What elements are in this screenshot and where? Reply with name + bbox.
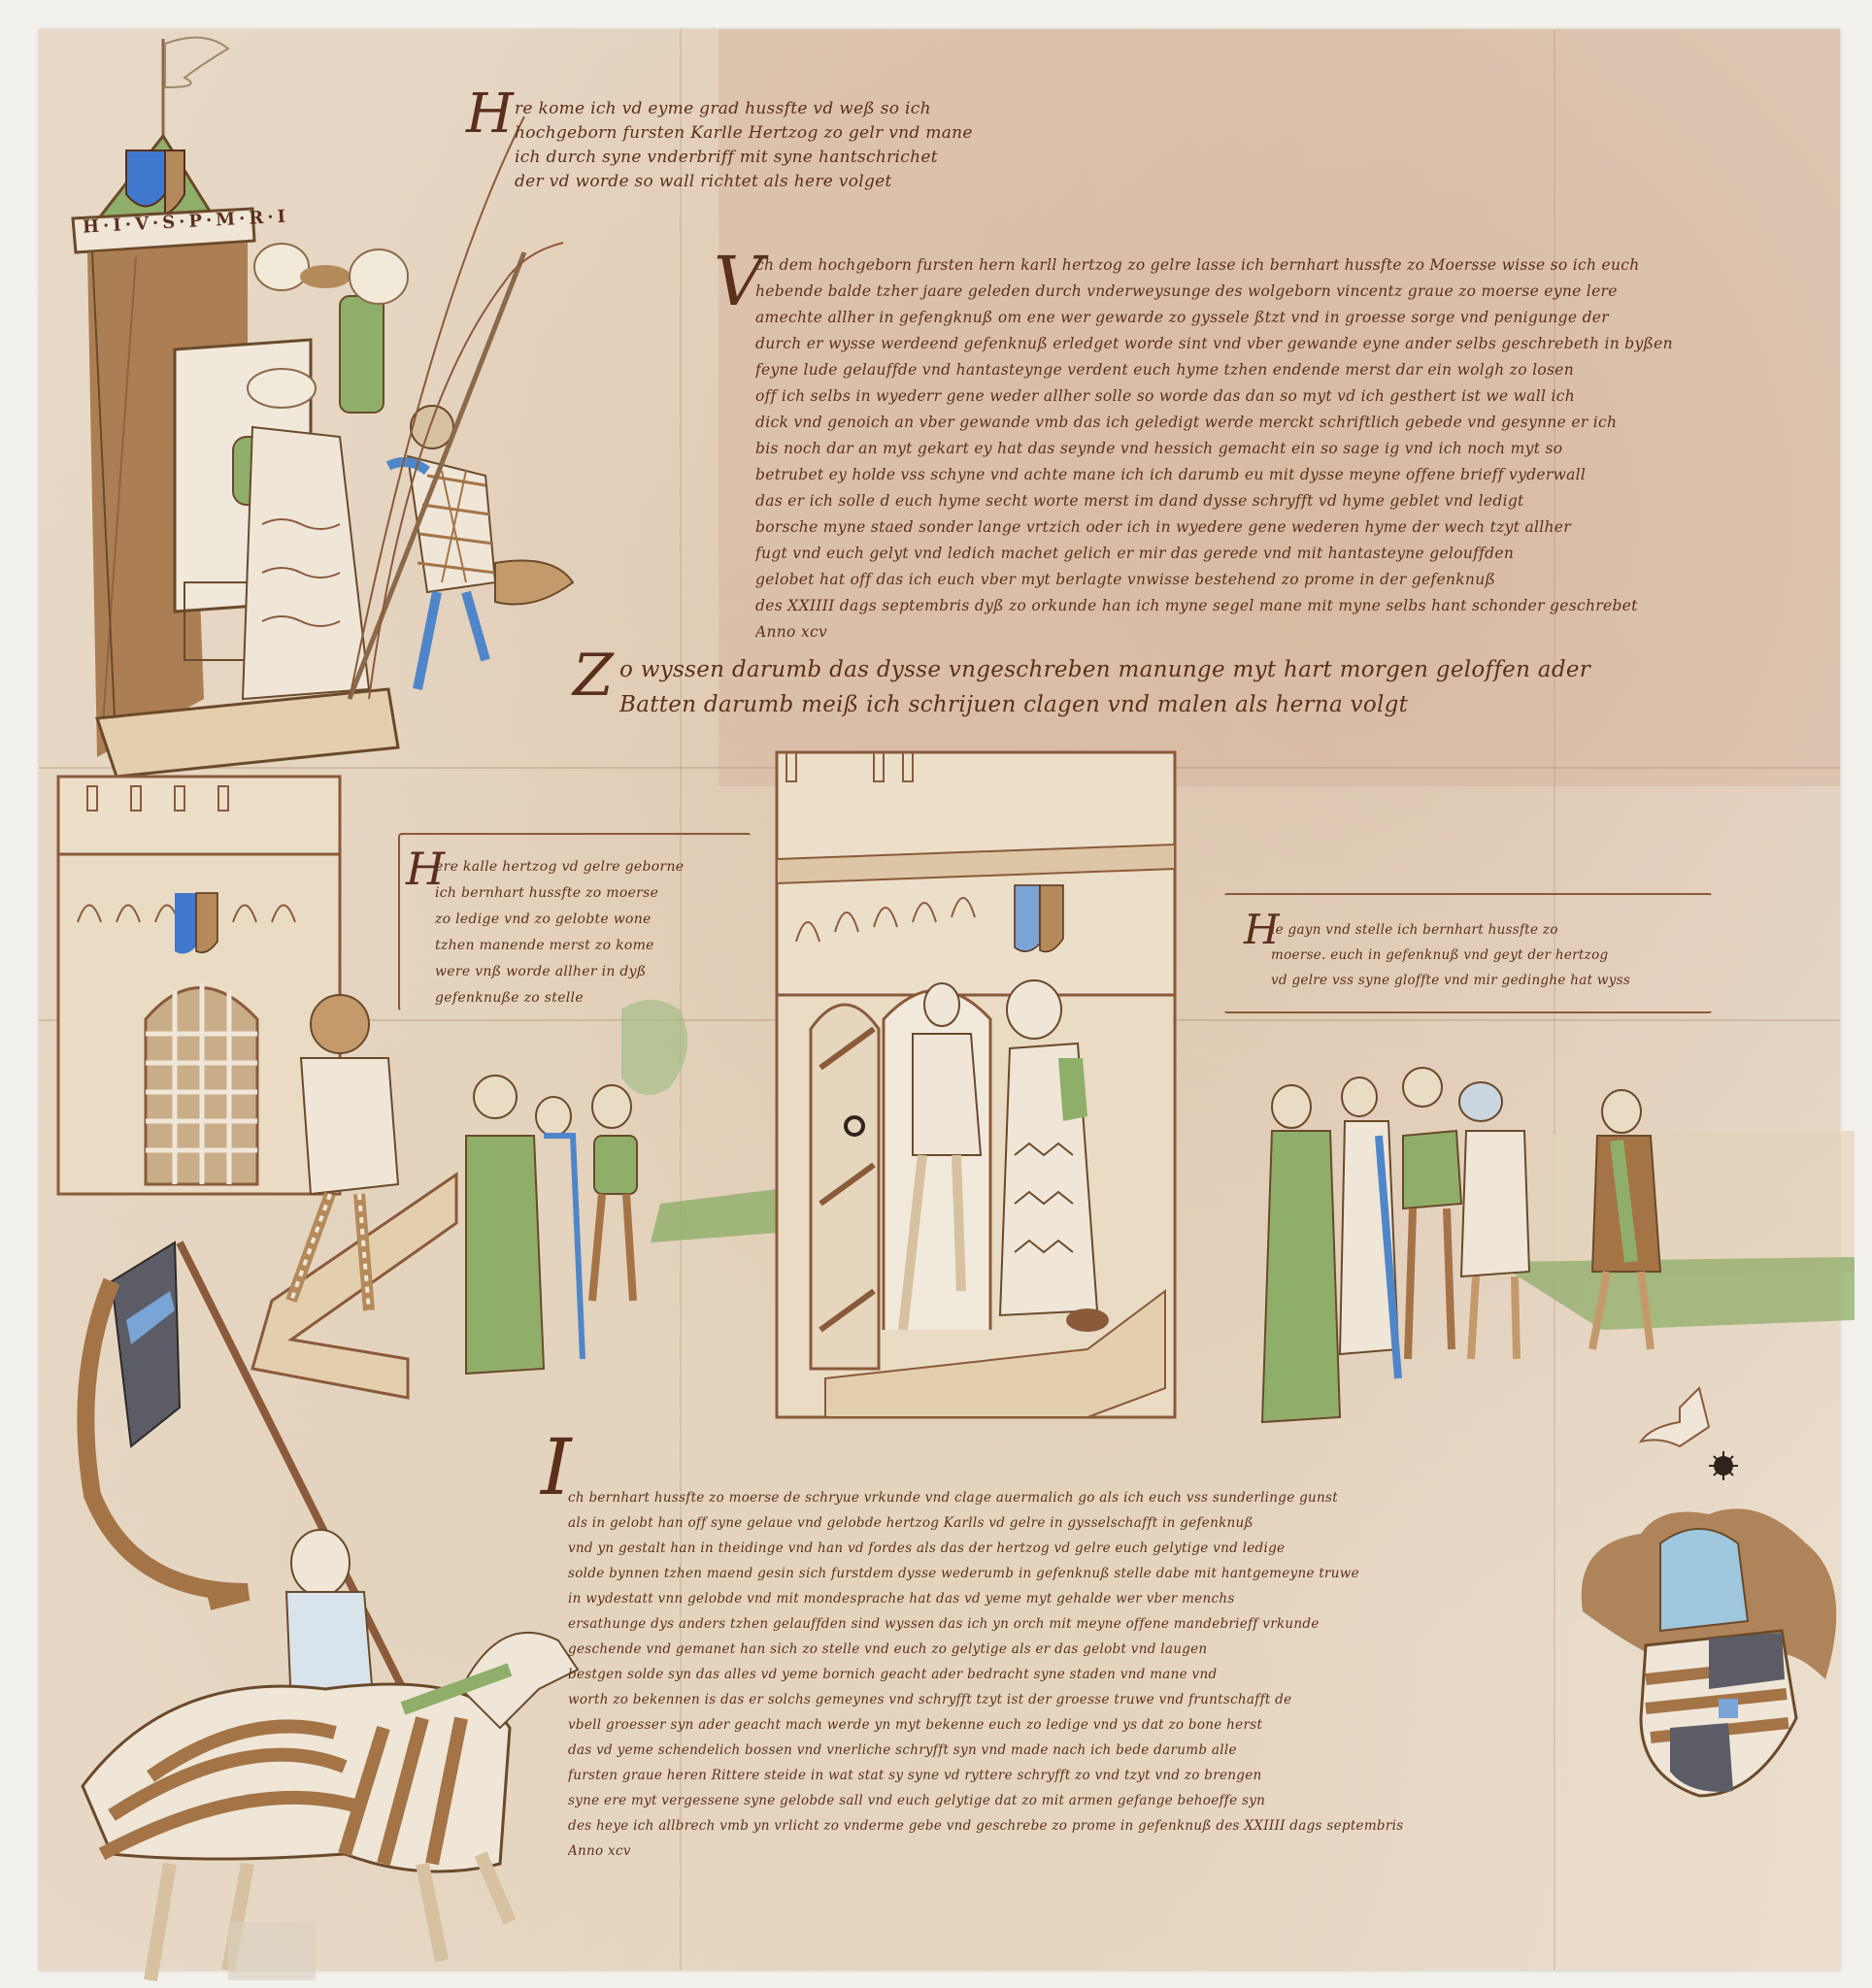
text-line: tzhen manende merst zo kome	[435, 933, 777, 959]
text-line: betrubet ey holde vss schyne vnd achte m…	[755, 462, 1855, 488]
text-line: Anno xcv	[755, 619, 1855, 646]
main-letter-text: V ch dem hochgeborn fursten hern karll h…	[719, 252, 1855, 646]
text-line: were vnß worde allher in dyß	[435, 959, 777, 985]
text-line: ie gayn vnd stelle ich bernhart hussfte …	[1271, 917, 1733, 943]
knight-illustration	[53, 1184, 578, 1988]
text-line: o wyssen darumb das dysse vngeschreben m…	[619, 652, 1641, 687]
text-line: off ich selbs in wyederr gene weder allh…	[755, 383, 1855, 410]
text-line: solde bynnen tzhen maend gesin sich furs…	[568, 1561, 1558, 1586]
text-line: der vd worde so wall richtet als here vo…	[515, 170, 1146, 194]
text-line: re kome ich vd eyme grad hussfte vd weß …	[515, 97, 1146, 121]
initial-letter: H	[406, 846, 445, 891]
text-line: ch bernhart hussfte zo moerse de schryue…	[568, 1485, 1558, 1510]
text-line: hochgeborn fursten Karlle Hertzog zo gel…	[515, 121, 1146, 146]
text-line: gelobet hat off das ich euch vber myt be…	[755, 567, 1855, 593]
right-courtiers-illustration	[1233, 1029, 1872, 1437]
text-line: durch er wysse werdeend gefenknuß erledg…	[755, 331, 1855, 357]
center-tower-illustration	[767, 747, 1175, 1417]
text-line: fursten graue heren Rittere steide in wa…	[568, 1763, 1558, 1788]
text-line: zo ledige vnd zo gelobte wone	[435, 907, 777, 933]
text-line: Anno xcv	[568, 1839, 1558, 1864]
text-line: des XXIIII dags septembris dyß zo orkund…	[755, 593, 1855, 619]
text-line: ch dem hochgeborn fursten hern karll her…	[755, 252, 1855, 279]
text-line: vbell groesser syn ader geacht mach werd…	[568, 1712, 1558, 1738]
text-line: Batten darumb meiß ich schrijuen clagen …	[619, 687, 1641, 722]
text-line: als in gelobt han off syne gelaue vnd ge…	[568, 1510, 1558, 1536]
initial-letter: V	[714, 248, 763, 315]
text-line: worth zo bekennen is das er solchs gemey…	[568, 1687, 1558, 1712]
text-line: des heye ich allbrech vmb yn vrlicht zo …	[568, 1813, 1558, 1839]
middle-text: Z o wyssen darumb das dysse vngeschreben…	[573, 652, 1641, 722]
text-line: hebende balde tzher jaare geleden durch …	[755, 279, 1855, 305]
text-line: borsche myne staed sonder lange vrtzich …	[755, 514, 1855, 541]
text-line: moerse. euch in gefenknuß vnd geyt der h…	[1271, 943, 1733, 968]
text-line: das vd yeme schendelich bossen vnd vnerl…	[568, 1738, 1558, 1763]
text-line: ich bernhart hussfte zo moerse	[435, 880, 777, 907]
text-line: das er ich solle d euch hyme secht worte…	[755, 488, 1855, 514]
text-line: syne ere myt vergessene syne gelobde sal…	[568, 1788, 1558, 1813]
text-line: ere kalle hertzog vd gelre geborne	[435, 854, 777, 880]
text-line: amechte allher in gefengknuß om ene wer …	[755, 305, 1855, 331]
text-line: in wydestatt vnn gelobde vnd mit mondesp…	[568, 1586, 1558, 1611]
speech-text-top: H re kome ich vd eyme grad hussfte vd we…	[476, 97, 1146, 194]
initial-letter: Z	[573, 646, 614, 705]
text-line: bestgen solde syn das alles vd yeme born…	[568, 1662, 1558, 1687]
text-line: geschende vnd gemanet han sich zo stelle…	[568, 1637, 1558, 1662]
text-line: ersathunge dys anders tzhen gelauffden s…	[568, 1611, 1558, 1637]
initial-letter: H	[466, 87, 514, 142]
right-tower-speech: H ie gayn vnd stelle ich bernhart hussft…	[1248, 917, 1733, 993]
text-line: feyne lude gelauffde vnd hantasteynge ve…	[755, 357, 1855, 383]
initial-letter: H	[1244, 910, 1280, 950]
text-line: dick vnd genoich an vber gewande vmb das…	[755, 410, 1855, 436]
text-line: fugt vnd euch gelyt vnd ledich machet ge…	[755, 541, 1855, 567]
bottom-letter-text: I ch bernhart hussfte zo moerse de schry…	[549, 1485, 1558, 1864]
text-line: vnd yn gestalt han in theidinge vnd han …	[568, 1536, 1558, 1561]
left-tower-speech: H ere kalle hertzog vd gelre geborne ich…	[408, 854, 777, 1011]
text-line: vd gelre vss syne gloffte vnd mir geding…	[1271, 968, 1733, 993]
coat-of-arms-illustration	[1563, 1388, 1855, 1815]
text-line: bis noch dar an myt gekart ey hat das se…	[755, 436, 1855, 462]
initial-letter: I	[541, 1429, 572, 1507]
text-line: ich durch syne vnderbriff mit syne hants…	[515, 146, 1146, 170]
